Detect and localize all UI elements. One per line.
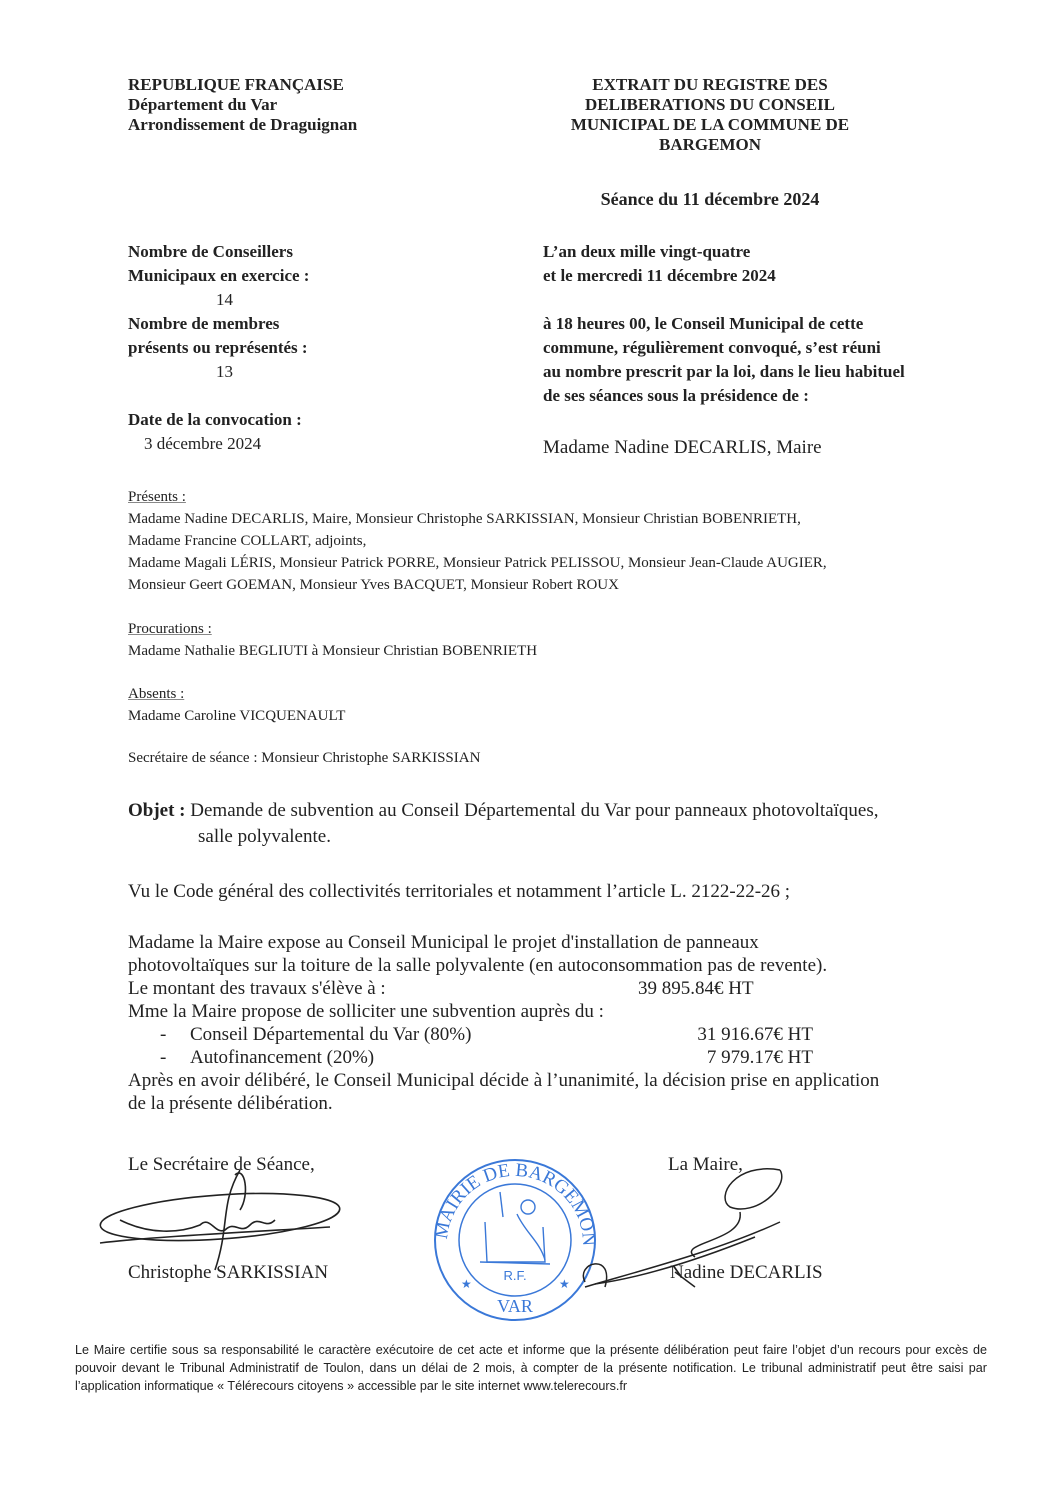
session-text-3: au nombre prescrit par la loi, dans le l…: [543, 360, 905, 384]
session-year: L’an deux mille vingt-quatre: [543, 240, 905, 264]
conseillers-count: 14: [128, 288, 309, 312]
bullet-dash: -: [160, 1023, 190, 1046]
session-day: et le mercredi 11 décembre 2024: [543, 264, 905, 288]
presents-label: Présents :: [128, 486, 827, 508]
financing-value: 31 916.67€ HT: [638, 1023, 813, 1046]
seance-date: Séance du 11 décembre 2024: [520, 189, 900, 210]
montant-value: 39 895.84€ HT: [638, 977, 754, 1000]
expose-line2: photovoltaïques sur la toiture de la sal…: [128, 954, 988, 977]
register-title-line2: DELIBERATIONS DU CONSEIL: [520, 95, 900, 115]
register-title-line3: MUNICIPAL DE LA COMMUNE DE: [520, 115, 900, 135]
procurations-value: Madame Nathalie BEGLIUTI à Monsieur Chri…: [128, 640, 537, 662]
header-right: EXTRAIT DU REGISTRE DES DELIBERATIONS DU…: [520, 75, 900, 155]
presents-line: Madame Nadine DECARLIS, Maire, Monsieur …: [128, 508, 827, 530]
department: Département du Var: [128, 95, 357, 115]
legal-footer: Le Maire certifie sous sa responsabilité…: [75, 1341, 987, 1395]
procurations-label: Procurations :: [128, 618, 537, 640]
council-info: Nombre de Conseillers Municipaux en exer…: [128, 240, 309, 456]
decision-line2: de la présente délibération.: [128, 1092, 988, 1115]
procurations-section: Procurations : Madame Nathalie BEGLIUTI …: [128, 618, 537, 662]
objet-section: Objet : Demande de subvention au Conseil…: [128, 798, 988, 850]
decision-line1: Après en avoir délibéré, le Conseil Muni…: [128, 1069, 988, 1092]
president-name: Madame Nadine DECARLIS, Maire: [543, 437, 822, 459]
presents-section: Présents : Madame Nadine DECARLIS, Maire…: [128, 486, 827, 596]
objet-label: Objet :: [128, 800, 186, 821]
star-icon: ★: [461, 1277, 472, 1291]
header-left: REPUBLIQUE FRANÇAISE Département du Var …: [128, 75, 357, 135]
commune-name: BARGEMON: [520, 135, 900, 155]
convocation-date: 3 décembre 2024: [128, 432, 309, 456]
stamp-center-text: R.F.: [503, 1268, 526, 1283]
objet-line2: salle polyvalente.: [128, 824, 988, 850]
financing-value: 7 979.17€ HT: [638, 1046, 813, 1069]
financing-label: Autofinancement (20%): [190, 1046, 638, 1069]
secretaire-signature-icon: [90, 1165, 350, 1275]
session-text-2: commune, régulièrement convoqué, s’est r…: [543, 336, 905, 360]
montant-row: Le montant des travaux s'élève à : 39 89…: [128, 977, 988, 1000]
vu-code: Vu le Code général des collectivités ter…: [128, 880, 988, 903]
expose-line1: Madame la Maire expose au Conseil Munici…: [128, 931, 988, 954]
deliberation-body: Madame la Maire expose au Conseil Munici…: [128, 931, 988, 1115]
presents-line: Madame Magali LÉRIS, Monsieur Patrick PO…: [128, 552, 827, 574]
session-text-1: à 18 heures 00, le Conseil Municipal de …: [543, 312, 905, 336]
financing-label: Conseil Départemental du Var (80%): [190, 1023, 638, 1046]
convocation-label: Date de la convocation :: [128, 408, 309, 432]
presents-line: Monsieur Geert GOEMAN, Monsieur Yves BAC…: [128, 574, 827, 596]
maire-signature-icon: [555, 1162, 815, 1302]
financing-row: -Conseil Départemental du Var (80%)31 91…: [128, 1023, 988, 1046]
presents-list: Madame Nadine DECARLIS, Maire, Monsieur …: [128, 508, 827, 596]
conseillers-label: Nombre de Conseillers: [128, 240, 309, 264]
presents-line: Madame Francine COLLART, adjoints,: [128, 530, 827, 552]
conseillers-label-2: Municipaux en exercice :: [128, 264, 309, 288]
secretaire-seance: Secrétaire de séance : Monsieur Christop…: [128, 747, 480, 769]
session-info: L’an deux mille vingt-quatre et le mercr…: [543, 240, 905, 408]
absents-value: Madame Caroline VICQUENAULT: [128, 705, 345, 727]
stamp-bottom-text: VAR: [497, 1296, 533, 1316]
membres-count: 13: [128, 360, 309, 384]
financing-list: -Conseil Départemental du Var (80%)31 91…: [128, 1023, 988, 1069]
membres-label-2: présents ou représentés :: [128, 336, 309, 360]
membres-label: Nombre de membres: [128, 312, 309, 336]
session-text-4: de ses séances sous la présidence de :: [543, 384, 905, 408]
republic-title: REPUBLIQUE FRANÇAISE: [128, 75, 357, 95]
absents-label: Absents :: [128, 683, 345, 705]
propose-line: Mme la Maire propose de solliciter une s…: [128, 1000, 988, 1023]
register-title-line1: EXTRAIT DU REGISTRE DES: [520, 75, 900, 95]
financing-row: -Autofinancement (20%)7 979.17€ HT: [128, 1046, 988, 1069]
montant-label: Le montant des travaux s'élève à :: [128, 977, 638, 1000]
objet-line1: Demande de subvention au Conseil Départe…: [190, 800, 878, 821]
bullet-dash: -: [160, 1046, 190, 1069]
arrondissement: Arrondissement de Draguignan: [128, 115, 357, 135]
absents-section: Absents : Madame Caroline VICQUENAULT: [128, 683, 345, 727]
